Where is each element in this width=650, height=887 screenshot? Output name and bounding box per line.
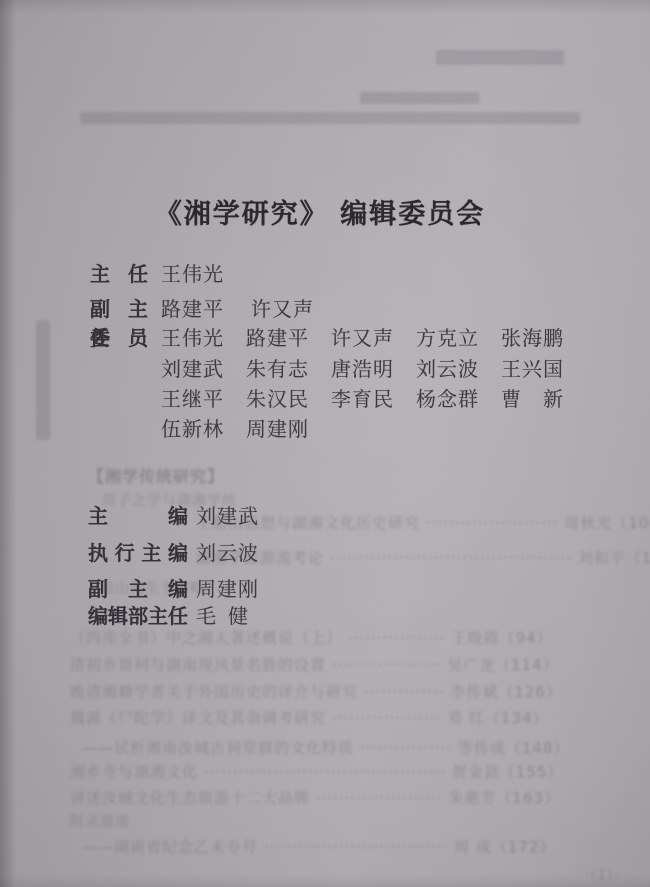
person-name: 方克立	[416, 322, 478, 351]
committee-row: 伍新林 周建刚	[161, 413, 308, 442]
page-title: 《湘学研究》 编辑委员会	[0, 192, 640, 231]
person-name: 朱汉民	[246, 383, 308, 412]
person-name: 伍新林	[161, 413, 223, 442]
name-group: 路建平 许又声	[161, 293, 313, 322]
person-name: 许又声	[331, 322, 393, 351]
committee-row: 刘建武 朱有志 唐浩明 刘云波 王兴国	[161, 353, 563, 382]
person-name: 刘云波	[416, 353, 478, 382]
person-name: 路建平	[161, 293, 223, 322]
person-name: 许又声	[251, 293, 313, 322]
person-name: 杨念群	[416, 383, 478, 412]
person-name: 周建刚	[196, 573, 259, 602]
person-name: 毛健	[196, 600, 248, 629]
role-label-editorial-office-director: 编辑部主任	[88, 600, 188, 629]
role-label-chief-editor: 主编	[88, 500, 188, 529]
row-executive-chief-editor: 执行主编 刘云波	[88, 537, 259, 566]
role-label-deputy-chief-editor: 副主编	[88, 573, 188, 602]
person-name: 唐浩明	[331, 353, 393, 382]
person-name: 王继平	[161, 383, 223, 412]
person-name: 周建刚	[246, 413, 308, 442]
person-name: 曹新	[501, 383, 563, 412]
book-page-photo: 【湘学传统研究】周子之学与湖湘学统王船山思想与湖湘文化历史研究 ········…	[0, 0, 650, 887]
page-edge-shadow-bottom	[0, 875, 650, 887]
row-deputy-chief-editor: 副主编 周建刚	[88, 573, 259, 602]
person-name: 张海鹏	[501, 322, 563, 351]
person-name: 刘云波	[196, 537, 259, 566]
person-name: 王伟光	[161, 322, 223, 351]
person-name: 朱有志	[246, 353, 308, 382]
row-chief-editor: 主编 刘建武	[88, 500, 259, 529]
person-name: 刘建武	[161, 353, 223, 382]
committee-row: 王伟光 路建平 许又声 方克立 张海鹏	[161, 322, 563, 351]
page-content: 《湘学研究》 编辑委员会 主任 王伟光 副主任 路建平 许又声 委员 王伟光 路…	[0, 0, 650, 887]
person-name: 路建平	[246, 322, 308, 351]
role-label-members: 委员	[90, 322, 148, 351]
page-edge-shadow-top	[0, 0, 650, 14]
role-label-executive-chief-editor: 执行主编	[88, 537, 188, 566]
row-director: 主任 王伟光	[90, 258, 224, 287]
person-name: 王伟光	[161, 258, 224, 287]
person-name: 李育民	[331, 383, 393, 412]
row-members-label: 委员	[90, 322, 161, 351]
page-edge-shadow-left	[0, 0, 16, 887]
person-name: 刘建武	[196, 500, 259, 529]
role-label-director: 主任	[90, 258, 148, 287]
committee-row: 王继平 朱汉民 李育民 杨念群 曹新	[161, 383, 563, 412]
row-editorial-office-director: 编辑部主任 毛健	[88, 600, 248, 629]
person-name: 王兴国	[501, 353, 563, 382]
